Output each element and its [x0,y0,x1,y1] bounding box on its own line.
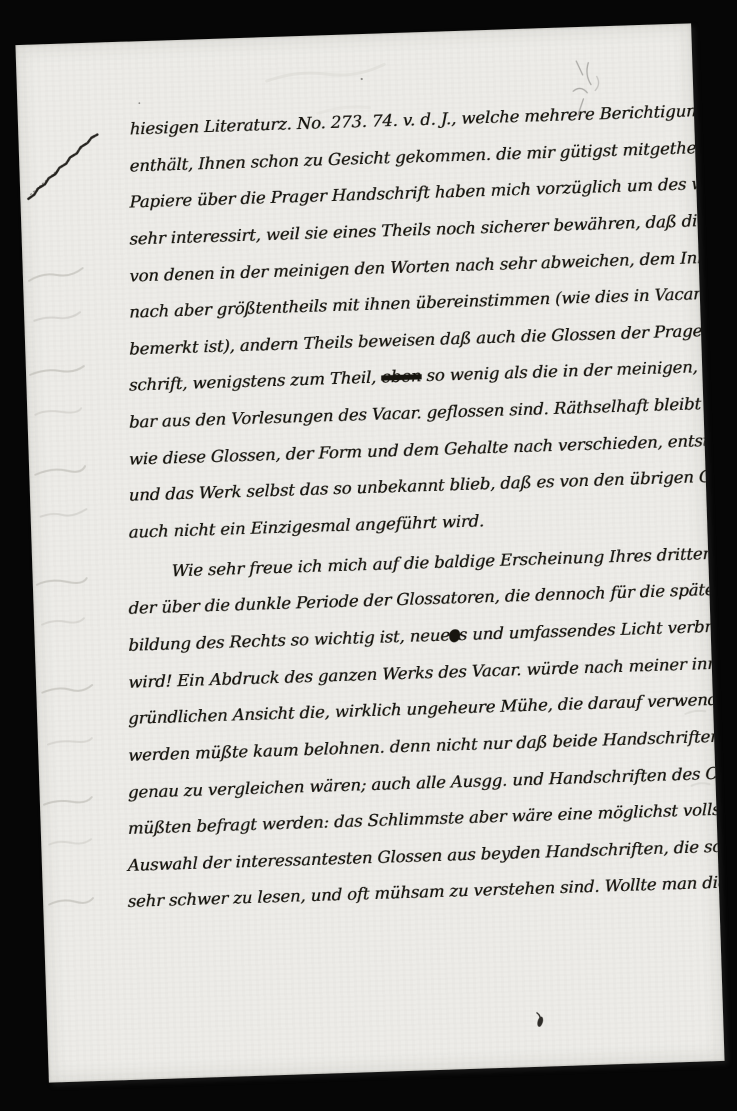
pen-stroke-mark [26,135,99,199]
text-run: schrift, wenigstens zum Theil, [129,368,381,395]
text-run: auch nicht ein Einzigesmal angeführt wir… [129,511,484,541]
text-run: so wenig als die in der meinigen, unmitt… [421,355,724,386]
scanner-backdrop: hiesigen Literaturz. No. 273. 74. v. d. … [0,0,737,1111]
manuscript-text: hiesigen Literaturz. No. 273. 74. v. d. … [128,93,704,921]
struck-word: eben [381,367,421,387]
ink-speck-mark [536,1013,545,1028]
text-run: s und umfassendes Licht verbreiten [459,616,725,645]
text-run: bildung des Rechts so wichtig ist, neue [128,625,449,654]
manuscript-page: hiesigen Literaturz. No. 273. 74. v. d. … [15,23,724,1082]
